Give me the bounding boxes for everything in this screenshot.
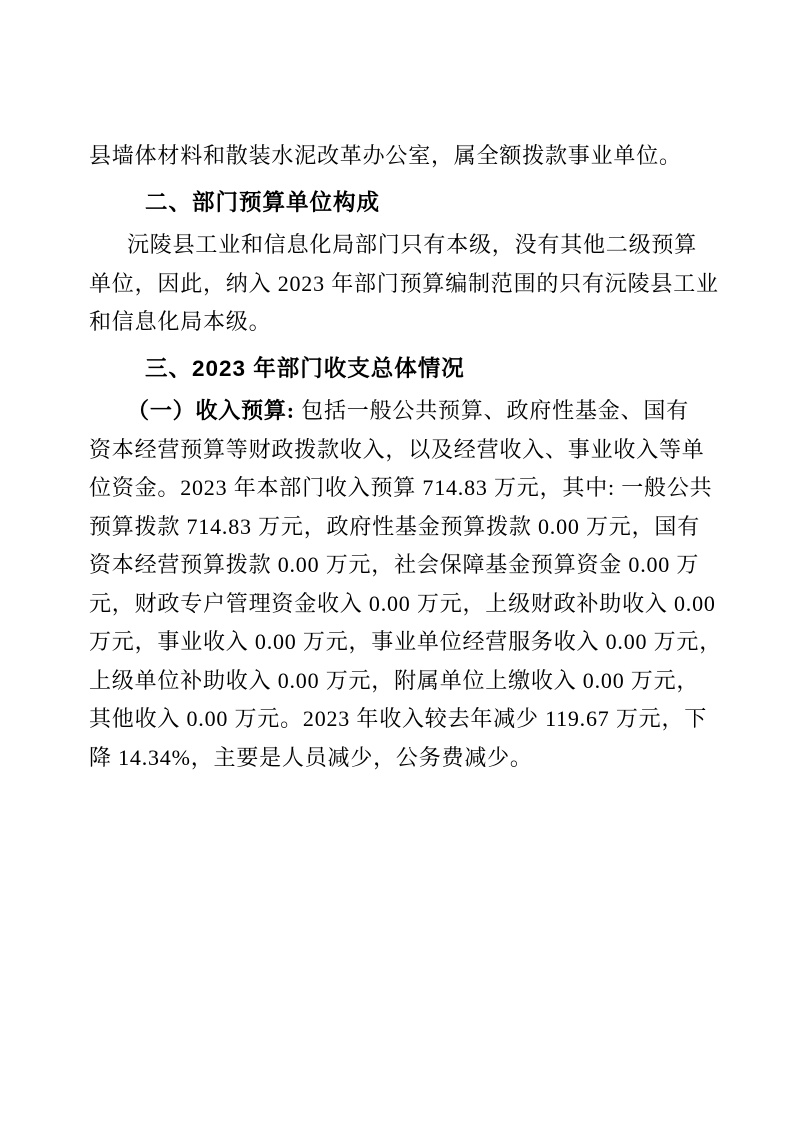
text-line: 沅陵县工业和信息化局部门只有本级，没有其他二级预算 (89, 226, 689, 265)
section-heading-budget-unit-composition: 二、部门预算单位构成 (89, 184, 689, 223)
text-line: 预算拨款 714.83 万元，政府性基金预算拨款 0.00 万元，国有 (89, 508, 689, 547)
text-line: 元，财政专户管理资金收入 0.00 万元，上级财政补助收入 0.00 (89, 585, 689, 624)
paragraph-budget-unit: 沅陵县工业和信息化局部门只有本级，没有其他二级预算 单位，因此，纳入 2023 … (89, 226, 689, 342)
text-line: 资本经营预算等财政拨款收入，以及经营收入、事业收入等单 (89, 431, 689, 470)
section-heading-2023-overall-revenue-expenditure: 三、2023 年部门收支总体情况 (89, 350, 689, 389)
text-line: 万元，事业收入 0.00 万元，事业单位经营服务收入 0.00 万元， (89, 623, 689, 662)
document-page: 县墙体材料和散装水泥改革办公室，属全额拨款事业单位。 二、部门预算单位构成 沅陵… (0, 0, 793, 1122)
text-line: 和信息化局本级。 (89, 303, 689, 342)
document-content: 县墙体材料和散装水泥改革办公室，属全额拨款事业单位。 二、部门预算单位构成 沅陵… (89, 137, 689, 777)
text-line: 降 14.34%，主要是人员减少，公务费减少。 (89, 739, 689, 778)
text-line: 位资金。2023 年本部门收入预算 714.83 万元，其中: 一般公共 (89, 469, 689, 508)
text-line: （一）收入预算: 包括一般公共预算、政府性基金、国有 (89, 392, 689, 431)
text-line-rest: 包括一般公共预算、政府性基金、国有 (295, 398, 689, 423)
text-line: 资本经营预算拨款 0.00 万元，社会保障基金预算资金 0.00 万 (89, 546, 689, 585)
text-line: 单位，因此，纳入 2023 年部门预算编制范围的只有沅陵县工业 (89, 265, 689, 304)
text-line: 县墙体材料和散装水泥改革办公室，属全额拨款事业单位。 (89, 137, 689, 176)
text-line: 上级单位补助收入 0.00 万元，附属单位上缴收入 0.00 万元， (89, 662, 689, 701)
paragraph-continuation: 县墙体材料和散装水泥改革办公室，属全额拨款事业单位。 (89, 137, 689, 176)
text-line: 其他收入 0.00 万元。2023 年收入较去年减少 119.67 万元，下 (89, 700, 689, 739)
paragraph-lead-income-budget: （一）收入预算: (127, 398, 295, 423)
paragraph-income-budget: （一）收入预算: 包括一般公共预算、政府性基金、国有 资本经营预算等财政拨款收入… (89, 392, 689, 777)
